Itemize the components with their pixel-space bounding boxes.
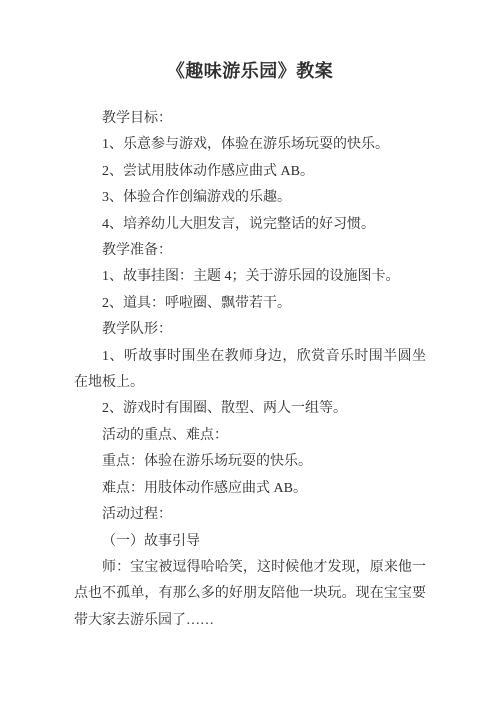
paragraph: 4、培养幼儿大胆发言，说完整话的好习惯。 bbox=[74, 212, 426, 238]
paragraph: （一）故事引导 bbox=[74, 529, 426, 555]
paragraph: 1、乐意参与游戏，体验在游乐场玩耍的快乐。 bbox=[74, 132, 426, 158]
paragraph: 教学队形： bbox=[74, 317, 426, 343]
paragraph: 2、尝试用肢体动作感应曲式 AB。 bbox=[74, 159, 426, 185]
paragraph: 活动过程： bbox=[74, 502, 426, 528]
paragraph: 教学准备： bbox=[74, 238, 426, 264]
paragraph: 3、体验合作创编游戏的乐趣。 bbox=[74, 185, 426, 211]
paragraph: 师：宝宝被逗得哈哈笑，这时候他才发现，原来他一点也不孤单，有那么多的好朋友陪他一… bbox=[74, 555, 426, 634]
paragraph: 1、听故事时围坐在教师身边，欣赏音乐时围半圆坐在地板上。 bbox=[74, 344, 426, 397]
paragraph: 活动的重点、难点： bbox=[74, 423, 426, 449]
document-body: 教学目标：1、乐意参与游戏，体验在游乐场玩耍的快乐。2、尝试用肢体动作感应曲式 … bbox=[74, 106, 426, 634]
paragraph: 2、道具：呼啦圈、飘带若干。 bbox=[74, 291, 426, 317]
document-page: 《趣味游乐园》教案 教学目标：1、乐意参与游戏，体验在游乐场玩耍的快乐。2、尝试… bbox=[0, 0, 500, 707]
paragraph: 难点：用肢体动作感应曲式 AB。 bbox=[74, 476, 426, 502]
paragraph: 重点：体验在游乐场玩耍的快乐。 bbox=[74, 449, 426, 475]
document-title: 《趣味游乐园》教案 bbox=[74, 57, 426, 85]
paragraph: 2、游戏时有围圈、散型、两人一组等。 bbox=[74, 396, 426, 422]
paragraph: 1、故事挂图：主题 4；关于游乐园的设施图卡。 bbox=[74, 264, 426, 290]
paragraph: 教学目标： bbox=[74, 106, 426, 132]
